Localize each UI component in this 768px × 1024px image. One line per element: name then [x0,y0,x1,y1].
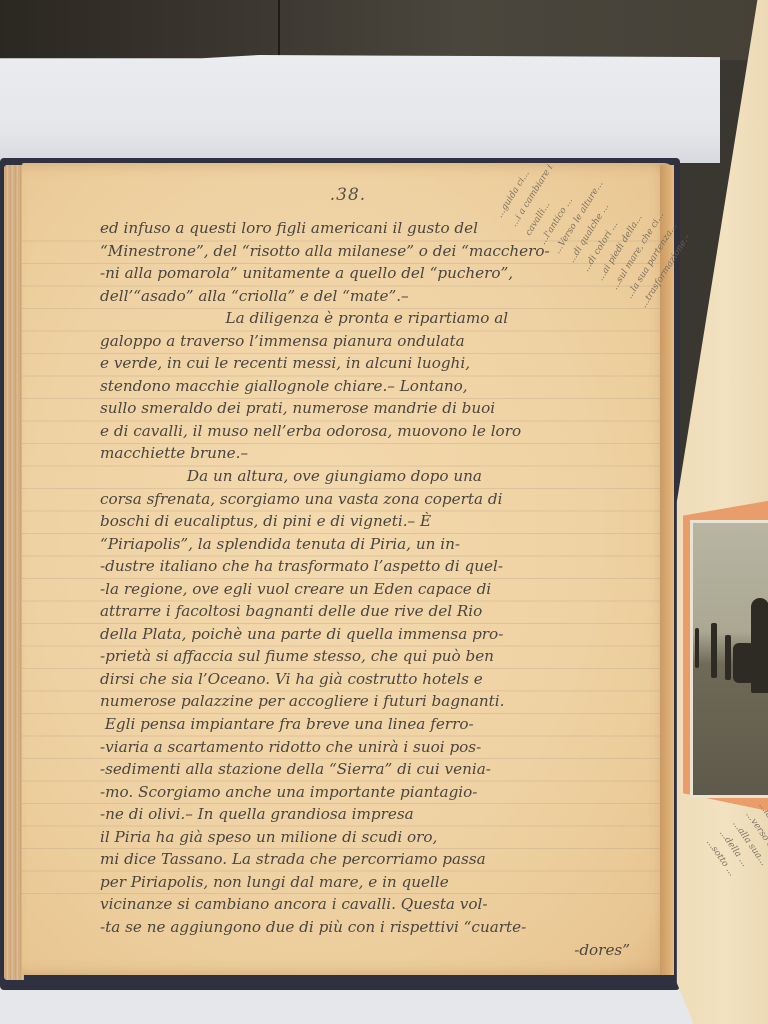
text-line: galoppo a traverso l’immensa pianura ond… [100,330,670,353]
page-stack-edges [4,165,24,980]
text-line: numerose palazzine per accogliere i futu… [100,690,670,713]
text-line: macchiette brune.– [100,442,670,465]
photo-person-figure [695,628,699,668]
stone-surface-background [0,0,768,60]
text-line: Da un altura, ove giungiamo dopo una [100,465,670,488]
text-line: corsa sfrenata, scorgiamo una vasta zona… [100,488,670,511]
text-line: -dustre italiano che ha trasformato l’as… [100,555,670,578]
text-line: il Piria ha già speso un milione di scud… [100,826,670,849]
glued-photograph [690,520,768,798]
white-paper-sheet [0,55,720,163]
text-line: -prietà si affaccia sul fiume stesso, ch… [100,645,670,668]
text-line: attrarre i facoltosi bagnanti delle due … [100,600,670,623]
handwritten-text-block: ed infuso a questi loro figli americani … [100,217,670,961]
text-line: -sedimenti alla stazione della “Sierra” … [100,758,670,781]
photo-person-figure [711,623,717,678]
photo-carriage [751,598,768,693]
text-line: mi dice Tassano. La strada che percorria… [100,848,670,871]
text-line: -viaria a scartamento ridotto che unirà … [100,736,670,759]
photo-person-figure [725,635,731,680]
text-line: Egli pensa impiantare fra breve una line… [100,713,670,736]
white-paper-sheet-bottom [0,985,700,1024]
text-line: stendono macchie giallognole chiare.– Lo… [100,375,670,398]
text-line: -la regione, ove egli vuol creare un Ede… [100,578,670,601]
text-line: dirsi che sia l’Oceano. Vi ha già costru… [100,668,670,691]
text-line: della Plata, poichè una parte di quella … [100,623,670,646]
text-line: -ne di olivi.– In quella grandiosa impre… [100,803,670,826]
text-line: dell’“asado” alla “criolla” e del “mate”… [100,285,670,308]
text-line: -mo. Scorgiamo anche una importante pian… [100,781,670,804]
text-line: “Piriapolis”, la splendida tenuta di Pir… [100,533,670,556]
left-notebook-page: .38. ed infuso a questi loro figli ameri… [22,163,674,975]
text-line: e di cavalli, il muso nell’erba odorosa,… [100,420,670,443]
text-line: La diligenza è pronta e ripartiamo al [100,307,670,330]
text-line: per Piriapolis, non lungi dal mare, e in… [100,871,670,894]
text-line: boschi di eucaliptus, di pini e di vigne… [100,510,670,533]
text-line: e verde, in cui le recenti messi, in alc… [100,352,670,375]
text-line: sullo smeraldo dei prati, numerose mandr… [100,397,670,420]
text-line-continuation: -dores” [100,939,670,962]
stone-seam [278,0,280,58]
text-line: vicinanze si cambiano ancora i cavalli. … [100,893,670,916]
